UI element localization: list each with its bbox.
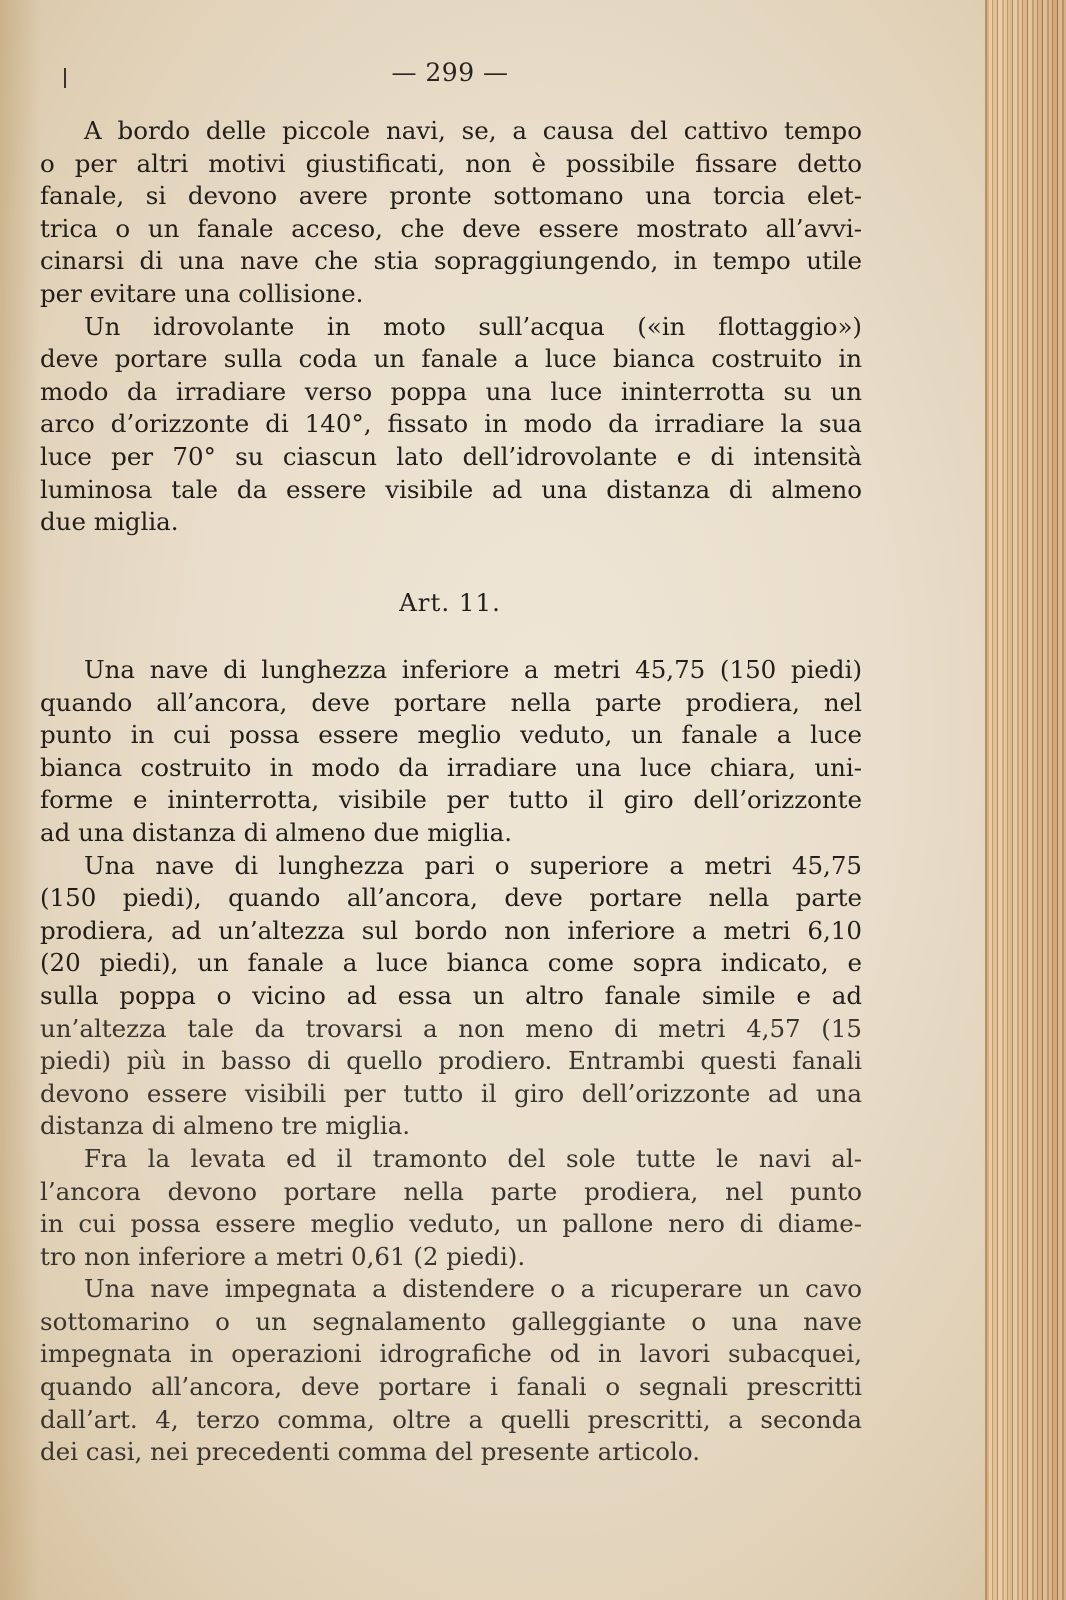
text-before-article: A bordo delle piccole navi, se, a causa … bbox=[40, 115, 862, 539]
text-line: piedi) più in basso di quello prodiero. … bbox=[40, 1045, 862, 1078]
paragraph: Una nave di lunghezza pari o superiore a… bbox=[40, 850, 862, 1143]
text-line: (150 piedi), quando all’ancora, deve por… bbox=[40, 882, 862, 915]
text-line: luminosa tale da essere visibile ad una … bbox=[40, 474, 862, 507]
paragraph: A bordo delle piccole navi, se, a causa … bbox=[40, 115, 862, 311]
text-line: o per altri motivi giustificati, non è p… bbox=[40, 148, 862, 181]
book-page: — 299 — A bordo delle piccole navi, se, … bbox=[0, 0, 985, 1600]
text-line: Una nave di lunghezza pari o superiore a… bbox=[40, 850, 862, 883]
text-line: tro non inferiore a metri 0,61 (2 piedi)… bbox=[40, 1241, 862, 1274]
text-line: per evitare una collisione. bbox=[40, 278, 862, 311]
text-line: Un idrovolante in moto sull’acqua («in f… bbox=[40, 311, 862, 344]
paragraph: Fra la levata ed il tramonto del sole tu… bbox=[40, 1143, 862, 1273]
text-line: fanale, si devono avere pronte sottomano… bbox=[40, 180, 862, 213]
text-line: Una nave di lunghezza inferiore a metri … bbox=[40, 654, 862, 687]
text-line: sottomarino o un segnalamento galleggian… bbox=[40, 1306, 862, 1339]
text-line: luce per 70° su ciascun lato dell’idrovo… bbox=[40, 441, 862, 474]
text-line: bianca costruito in modo da irradiare un… bbox=[40, 752, 862, 785]
text-line: dei casi, nei precedenti comma del prese… bbox=[40, 1436, 862, 1469]
text-line: ad una distanza di almeno due miglia. bbox=[40, 817, 862, 850]
article-heading: Art. 11. bbox=[0, 588, 900, 617]
text-line: forme e ininterrotta, visibile per tutto… bbox=[40, 784, 862, 817]
text-line: un’altezza tale da trovarsi a non meno d… bbox=[40, 1013, 862, 1046]
text-line: devono essere visibili per tutto il giro… bbox=[40, 1078, 862, 1111]
page-edges bbox=[985, 0, 1066, 1600]
text-line: l’ancora devono portare nella parte prod… bbox=[40, 1176, 862, 1209]
page-number: — 299 — bbox=[0, 58, 900, 87]
paragraph: Una nave impegnata a distendere o a ricu… bbox=[40, 1273, 862, 1469]
text-line: A bordo delle piccole navi, se, a causa … bbox=[40, 115, 862, 148]
text-line: in cui possa essere meglio veduto, un pa… bbox=[40, 1208, 862, 1241]
text-line: dall’art. 4, terzo comma, oltre a quelli… bbox=[40, 1404, 862, 1437]
text-line: impegnata in operazioni idrografiche od … bbox=[40, 1338, 862, 1371]
text-line: cinarsi di una nave che stia sopraggiung… bbox=[40, 245, 862, 278]
text-line: trica o un fanale acceso, che deve esser… bbox=[40, 213, 862, 246]
text-line: quando all’ancora, deve portare i fanali… bbox=[40, 1371, 862, 1404]
text-line: Fra la levata ed il tramonto del sole tu… bbox=[40, 1143, 862, 1176]
paragraph: Una nave di lunghezza inferiore a metri … bbox=[40, 654, 862, 850]
text-line: arco d’orizzonte di 140°, fissato in mod… bbox=[40, 408, 862, 441]
text-line: prodiera, ad un’altezza sul bordo non in… bbox=[40, 915, 862, 948]
text-line: (20 piedi), un fanale a luce bianca come… bbox=[40, 947, 862, 980]
text-line: quando all’ancora, deve portare nella pa… bbox=[40, 687, 862, 720]
text-line: sulla poppa o vicino ad essa un altro fa… bbox=[40, 980, 862, 1013]
paragraph: Un idrovolante in moto sull’acqua («in f… bbox=[40, 311, 862, 539]
text-line: due miglia. bbox=[40, 506, 862, 539]
text-line: modo da irradiare verso poppa una luce i… bbox=[40, 376, 862, 409]
article-body: Una nave di lunghezza inferiore a metri … bbox=[40, 654, 862, 1469]
text-line: deve portare sulla coda un fanale a luce… bbox=[40, 343, 862, 376]
text-line: punto in cui possa essere meglio veduto,… bbox=[40, 719, 862, 752]
text-line: Una nave impegnata a distendere o a ricu… bbox=[40, 1273, 862, 1306]
text-line: distanza di almeno tre miglia. bbox=[40, 1110, 862, 1143]
